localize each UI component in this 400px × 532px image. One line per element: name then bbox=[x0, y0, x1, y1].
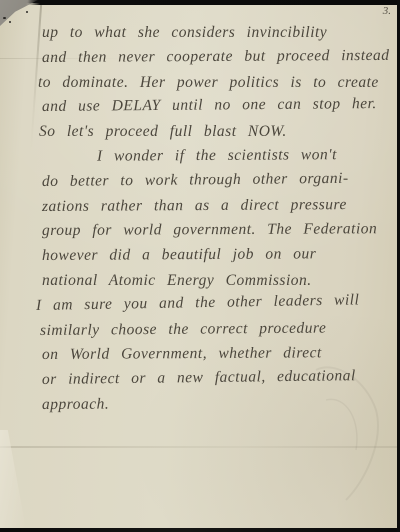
ink-speck bbox=[9, 21, 11, 23]
handwritten-line: however did a beautiful job on our bbox=[42, 242, 394, 269]
letter-body: up to what she considers invincibility a… bbox=[42, 21, 394, 418]
handwritten-line: similarly choose the correct procedure bbox=[40, 315, 394, 343]
handwritten-line: I wonder if the scientists won't bbox=[42, 143, 394, 170]
handwritten-line: zations rather than as a direct pressure bbox=[42, 192, 394, 219]
letter-scan: 3. up to what she considers invincibilit… bbox=[0, 0, 400, 532]
handwritten-line: group for world government. The Federati… bbox=[42, 218, 394, 245]
handwritten-line: or indirect or a new factual, educationa… bbox=[42, 364, 394, 393]
handwritten-line: So let's proceed full blast NOW. bbox=[39, 120, 394, 145]
scan-edge-top bbox=[0, 0, 400, 5]
ink-speck bbox=[3, 17, 6, 19]
page-number: 3. bbox=[383, 5, 391, 17]
scan-edge-bottom bbox=[0, 528, 400, 532]
ink-speck bbox=[26, 11, 28, 13]
handwritten-line: and then never cooperate but proceed ins… bbox=[42, 44, 394, 71]
handwritten-line: up to what she considers invincibility bbox=[42, 21, 394, 46]
handwritten-line: I am sure you and the other leaders will bbox=[36, 288, 394, 319]
handwritten-line: and use DELAY until no one can stop her. bbox=[42, 92, 394, 120]
handwritten-line: approach. bbox=[42, 391, 394, 418]
handwritten-line: do better to work through other organi- bbox=[42, 166, 394, 194]
